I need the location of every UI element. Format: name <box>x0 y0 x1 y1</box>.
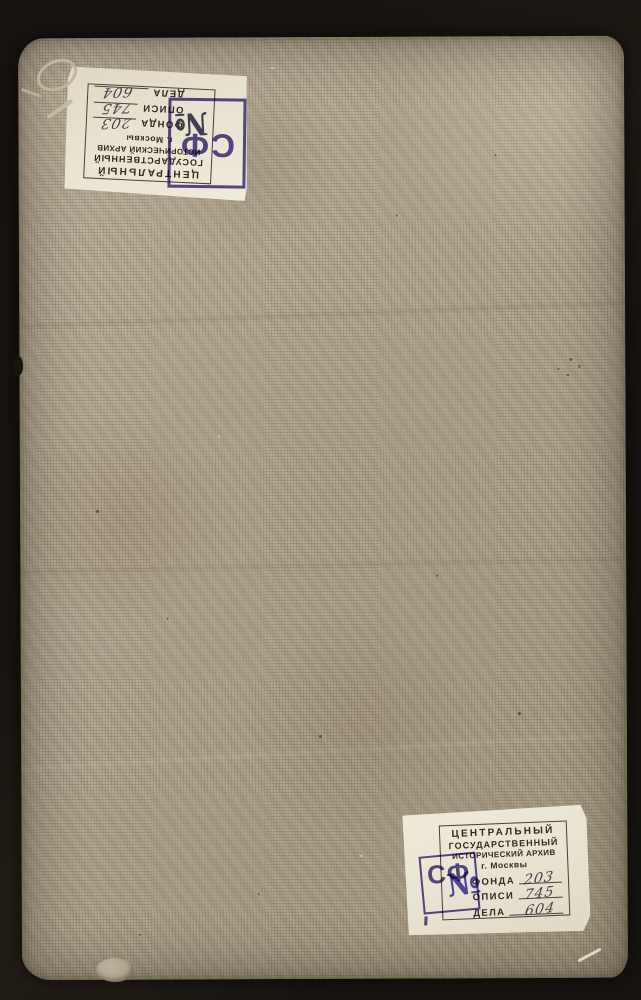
stamp-ink-mark <box>424 916 427 925</box>
burlap-speck <box>166 618 168 620</box>
archive-label-top: ЦЕНТРАЛЬНЫЙ ГОСУДАРСТВЕННЫЙ ИСТОРИЧЕСКИЙ… <box>62 66 252 201</box>
burlap-speck <box>396 215 398 217</box>
handwritten-fond-number: 203 <box>99 116 132 130</box>
book-cover: ЦЕНТРАЛЬНЫЙ ГОСУДАРСТВЕННЫЙ ИСТОРИЧЕСКИЙ… <box>18 36 628 981</box>
sf-stamp: СФ <box>167 98 246 189</box>
burlap-fleck <box>360 855 363 857</box>
sf-stamp-text: СФ <box>421 857 476 890</box>
burlap-speck <box>258 893 260 895</box>
archive-label-bottom: ЦЕНТРАЛЬНЫЙ ГОСУДАРСТВЕННЫЙ ИСТОРИЧЕСКИЙ… <box>402 805 591 938</box>
photo-backdrop: ЦЕНТРАЛЬНЫЙ ГОСУДАРСТВЕННЫЙ ИСТОРИЧЕСКИЙ… <box>0 0 641 1000</box>
edge-notch <box>13 356 23 376</box>
fabric-bump <box>96 958 134 982</box>
burlap-speck <box>566 374 569 376</box>
burlap-speck <box>518 712 521 715</box>
handwritten-delo-number: 604 <box>524 901 556 918</box>
burlap-speck <box>96 510 99 513</box>
burlap-speck <box>557 368 559 370</box>
label-fields: ФОНДА 203 ОПИСИ 745 ДЕЛА 604 <box>472 869 566 919</box>
burlap-speck <box>569 358 572 361</box>
burlap-speck <box>494 154 496 156</box>
sf-stamp-text: СФ <box>171 131 243 160</box>
burlap-fleck <box>270 67 274 69</box>
sf-stamp: СФ <box>418 852 480 915</box>
field-row-dela: ДЕЛА 604 <box>473 900 566 919</box>
burlap-speck <box>578 365 580 368</box>
burlap-speck <box>319 735 322 738</box>
handwritten-delo-number: 604 <box>101 85 134 99</box>
burlap-speck <box>436 574 438 576</box>
burlap-fleck <box>218 435 221 437</box>
handwritten-opis-number: 745 <box>100 100 133 114</box>
burlap-speck <box>139 934 141 936</box>
